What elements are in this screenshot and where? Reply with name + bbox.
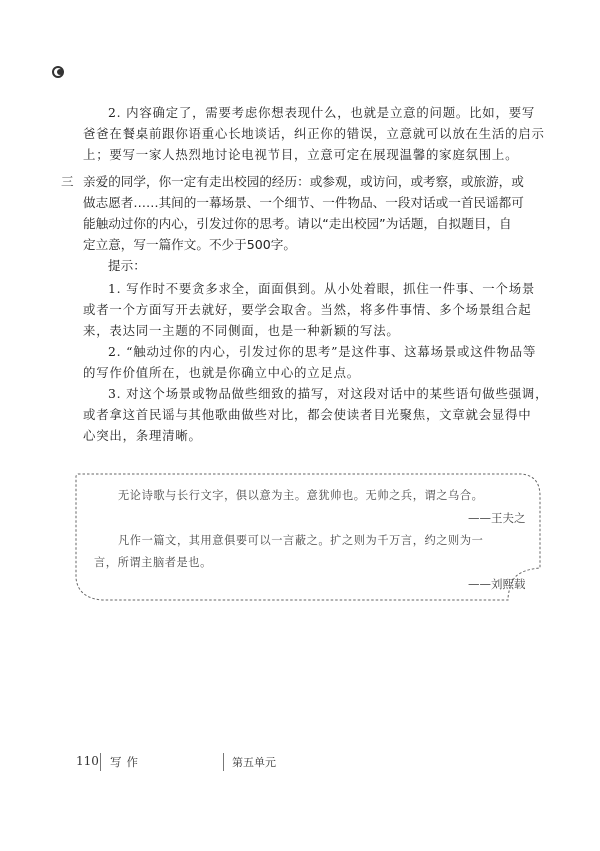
section-number: 三 xyxy=(61,171,74,190)
footer-divider xyxy=(100,753,101,771)
text-line: 做志愿者……其间的一幕场景、一个细节、一件物品、一段对话或一首民谣都可 xyxy=(83,192,574,213)
unit-title: 第五单元 xyxy=(232,754,276,770)
text-line: 亲爱的同学，你一定有走出校园的经历：或参观，或访问，或考察，或旅游，或 xyxy=(83,171,574,192)
quote-1-author: ——王夫之 xyxy=(468,510,526,526)
quote-2-line: 言，所谓主脑者是也。 xyxy=(94,554,212,570)
page-number: 110 xyxy=(76,754,99,768)
tip-1-line: 或者一个方面写开去就好，要学会取舍。当然，将多件事情、多个场景组合起 xyxy=(83,299,574,320)
text-line: 能触动过你的内心，引发过你的思考。请以“走出校园”为话题，自拟题目，自 xyxy=(83,213,574,234)
tip-1-line: 1. 写作时不要贪多求全，面面俱到。从小处着眼，抓住一件事、一个场景 xyxy=(83,278,574,299)
tip-3-line: 心突出，条理清晰。 xyxy=(83,425,574,446)
hint-label: 提示： xyxy=(108,255,146,274)
section3-prompt: 亲爱的同学，你一定有走出校园的经历：或参观，或访问，或考察，或旅游，或 做志愿者… xyxy=(83,171,574,255)
tip-2-line: 2. “触动过你的内心，引发过你的思考”是这件事、这幕场景或这件物品等 xyxy=(83,341,574,362)
quote-2-author: ——刘熙载 xyxy=(468,576,526,592)
text-line: 2. 内容确定了，需要考虑你想表现什么，也就是立意的问题。比如，要写 xyxy=(83,102,574,123)
circle-mark-icon xyxy=(52,66,64,78)
tip-3-line: 3. 对这个场景或物品做些细致的描写，对这段对话中的某些语句做些强调， xyxy=(83,383,574,404)
section2-point2: 2. 内容确定了，需要考虑你想表现什么，也就是立意的问题。比如，要写 爸爸在餐桌… xyxy=(83,102,574,165)
text-line: 爸爸在餐桌前跟你语重心长地谈话，纠正你的错误，立意就可以放在生活的启示 xyxy=(83,123,574,144)
text-line: 上；要写一家人热烈地讨论电视节目，立意可定在展现温馨的家庭氛围上。 xyxy=(83,144,574,165)
quote-2-line: 凡作一篇文，其用意俱要可以一言蔽之。扩之则为千万言，约之则为一 xyxy=(118,532,483,548)
text-line: 定立意，写一篇作文。不少于500字。 xyxy=(83,234,574,255)
quote-box: 无论诗歌与长行文字，俱以意为主。意犹帅也。无帅之兵，谓之乌合。 ——王夫之 凡作… xyxy=(72,470,542,602)
tips-list: 1. 写作时不要贪多求全，面面俱到。从小处着眼，抓住一件事、一个场景 或者一个方… xyxy=(83,278,574,446)
tip-3-line: 或者拿这首民谣与其他歌曲做些对比，都会使读者目光聚焦，文章就会显得中 xyxy=(83,404,574,425)
quote-1-line: 无论诗歌与长行文字，俱以意为主。意犹帅也。无帅之兵，谓之乌合。 xyxy=(118,487,483,503)
tip-2-line: 的写作价值所在，也就是你确立中心的立足点。 xyxy=(83,362,574,383)
chapter-title: 写作 xyxy=(110,754,143,770)
footer-divider xyxy=(223,753,224,771)
tip-1-line: 来，表达同一主题的不同侧面，也是一种新颖的写法。 xyxy=(83,320,574,341)
